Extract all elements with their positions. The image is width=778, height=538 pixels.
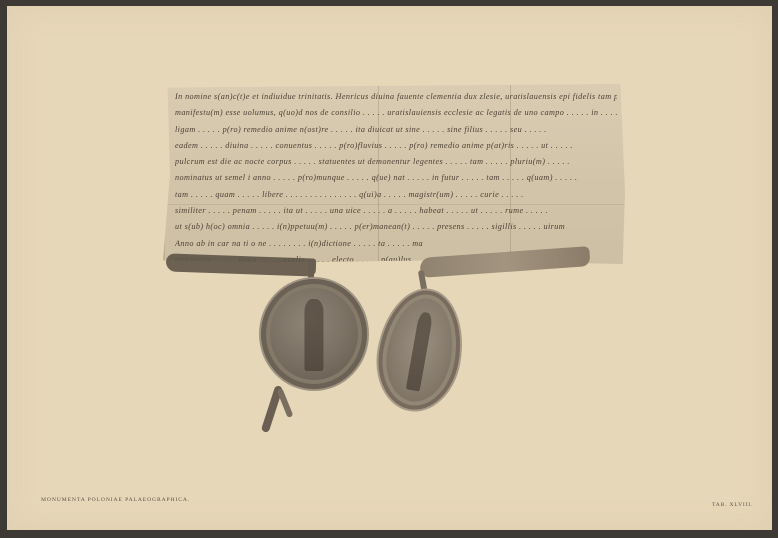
charter-parchment: In nomine s(an)c(t)e et indiuidue trinit… <box>163 84 625 264</box>
charter-line: In nomine s(an)c(t)e et indiuidue trinit… <box>175 89 617 105</box>
charter-line: eadem . . . . . diuina . . . . . conuent… <box>175 138 617 154</box>
charter-text: In nomine s(an)c(t)e et indiuidue trinit… <box>175 89 617 268</box>
charter-line: pulcrum est die ac nocte corpus . . . . … <box>175 154 617 170</box>
charter-line: nominatus ut semel i anno . . . . . p(ro… <box>175 170 617 186</box>
charter-line: tam . . . . . quam . . . . . libere . . … <box>175 187 617 203</box>
charter-line: similiter . . . . . penam . . . . . ita … <box>175 203 617 219</box>
charter-line: manifestu(m) esse uolumus, q(uo)d nos de… <box>175 105 617 121</box>
round-seal <box>261 279 367 389</box>
charter-line: ut s(ub) h(oc) omnia . . . . . i(n)ppetu… <box>175 219 617 235</box>
document-plate <box>7 6 772 530</box>
series-title: MONUMENTA POLONIAE PALAEOGRAPHICA. <box>41 497 190 503</box>
charter-line: ligam . . . . . p(ro) remedio anime n(os… <box>175 122 617 138</box>
seal-figure-icon <box>406 311 434 391</box>
seal-figure-icon <box>304 299 323 372</box>
plate-number: TAB. XLVIII. <box>712 502 753 508</box>
